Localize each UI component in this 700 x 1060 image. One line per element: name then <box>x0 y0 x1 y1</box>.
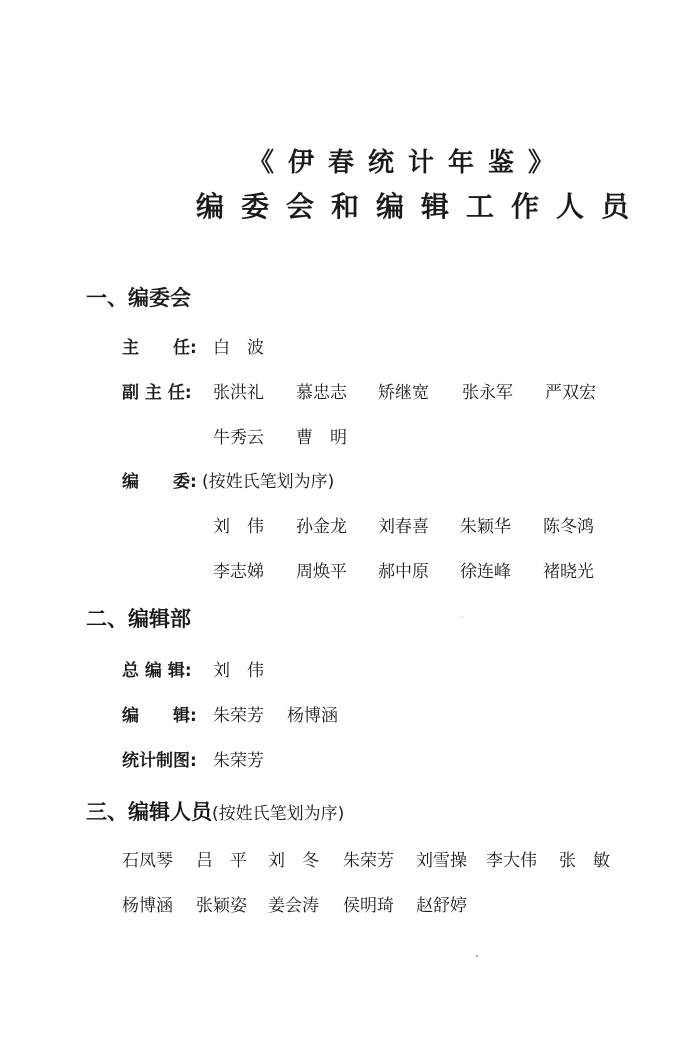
name: 徐连峰 <box>460 557 511 582</box>
name: 郝中原 <box>378 557 429 582</box>
name: 张 敏 <box>559 846 610 871</box>
scan-speck <box>462 616 463 617</box>
label-committee-members: 编 委: <box>122 467 197 492</box>
name: 刘雪操 <box>416 846 467 871</box>
name: 张洪礼 <box>213 378 264 403</box>
name: 慕忠志 <box>296 378 347 403</box>
label-chief-editor: 总 编 辑: <box>122 656 192 681</box>
section-heading-committee: 一、编委会 <box>86 282 191 312</box>
name: 陈冬鸿 <box>543 512 594 537</box>
section-heading-editorial-staff: 三、编辑人员(按姓氏笔划为序) <box>86 796 344 826</box>
label-director: 主 任: <box>122 333 197 358</box>
name: 牛秀云 <box>213 423 264 448</box>
name: 李志娣 <box>213 557 264 582</box>
name: 朱荣芳 <box>213 701 264 726</box>
name: 杨博涵 <box>287 701 338 726</box>
title-yearbook: 《伊春统计年鉴》 <box>248 142 568 179</box>
label-editor: 编 辑: <box>122 701 197 726</box>
name: 张永军 <box>462 378 513 403</box>
name: 李大伟 <box>486 846 537 871</box>
ordering-note: (按姓氏笔划为序) <box>202 467 334 492</box>
name: 石凤琴 <box>122 846 173 871</box>
name: 刘 冬 <box>268 846 319 871</box>
name: 朱荣芳 <box>343 846 394 871</box>
name: 周焕平 <box>296 557 347 582</box>
name: 朱颖华 <box>460 512 511 537</box>
title-committee: 编委会和编辑工作人员 <box>196 185 646 225</box>
label-deputy-director: 副 主 任: <box>122 378 192 403</box>
name: 褚晓光 <box>543 557 594 582</box>
name: 矫继宽 <box>378 378 429 403</box>
name: 杨博涵 <box>122 891 173 916</box>
name: 曹 明 <box>296 423 347 448</box>
name: 刘 伟 <box>213 656 264 681</box>
name: 刘春喜 <box>378 512 429 537</box>
name: 姜会涛 <box>268 891 319 916</box>
name: 张颖姿 <box>196 891 247 916</box>
name: 严双宏 <box>545 378 596 403</box>
name: 孙金龙 <box>296 512 347 537</box>
name: 白 波 <box>213 333 264 358</box>
section-heading-text: 三、编辑人员 <box>86 800 212 824</box>
name: 刘 伟 <box>213 512 264 537</box>
name: 吕 平 <box>196 846 247 871</box>
name: 朱荣芳 <box>213 746 264 771</box>
section-heading-editorial-dept: 二、编辑部 <box>86 603 191 633</box>
label-statistical-charting: 统计制图: <box>122 746 197 771</box>
scan-speck <box>476 955 478 957</box>
name: 侯明琦 <box>343 891 394 916</box>
ordering-note: (按姓氏笔划为序) <box>212 804 344 824</box>
name: 赵舒婷 <box>416 891 467 916</box>
